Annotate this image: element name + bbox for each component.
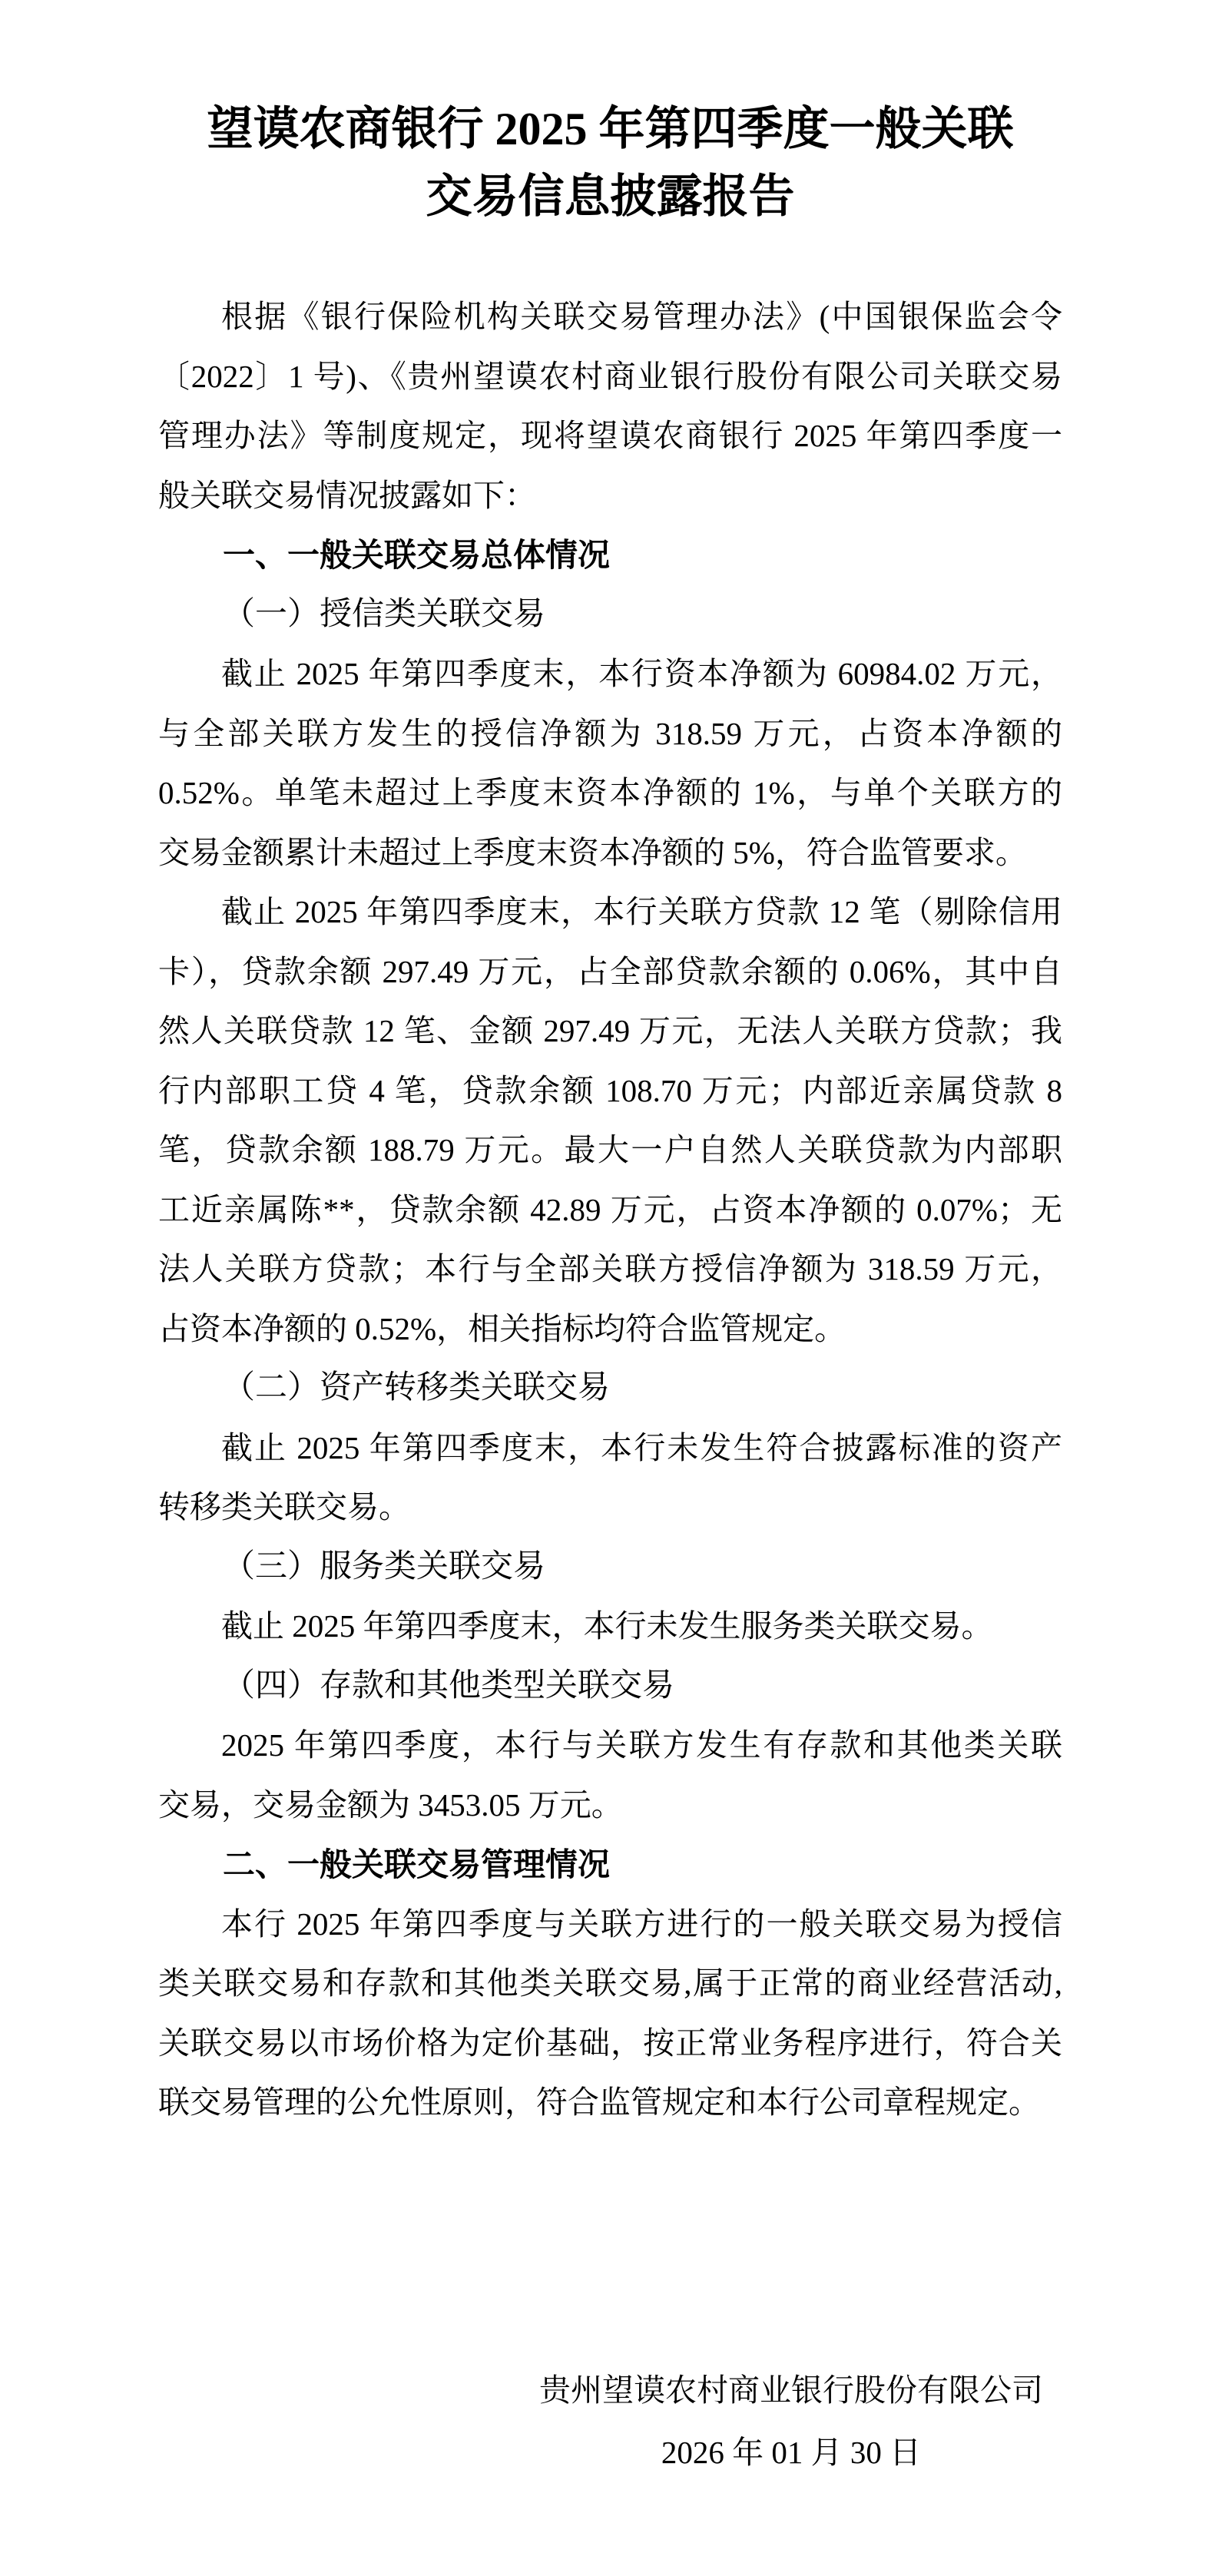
- paragraph-line: 法人关联方贷款；本行与全部关联方授信净额为 318.59 万元，: [158, 1240, 1062, 1300]
- paragraph-line: 卡），贷款余额 297.49 万元，占全部贷款余额的 0.06%，其中自: [158, 942, 1062, 1002]
- document-page: 望谟农商银行 2025 年第四季度一般关联交易信息披露报告 根据《银行保险机构关…: [0, 0, 1219, 2576]
- paragraph-line: 然人关联贷款 12 笔、金额 297.49 万元，无法人关联方贷款；我: [158, 1002, 1062, 1061]
- title-line: 交易信息披露报告: [158, 163, 1062, 230]
- section-heading: 二、一般关联交易管理情况: [158, 1835, 1062, 1895]
- paragraph: 截止 2025 年第四季度末，本行关联方贷款 12 笔（剔除信用卡），贷款余额 …: [158, 882, 1062, 1359]
- paragraph-line: 2025 年第四季度，本行与关联方发生有存款和其他类关联: [158, 1716, 1062, 1776]
- paragraph: 本行 2025 年第四季度与关联方进行的一般关联交易为授信类关联交易和存款和其他…: [158, 1895, 1062, 2133]
- paragraph-line: 般关联交易情况披露如下：: [158, 466, 1062, 526]
- paragraph-line: 本行 2025 年第四季度与关联方进行的一般关联交易为授信: [158, 1895, 1062, 1955]
- paragraph-line: 占资本净额的 0.52%，相关指标均符合监管规定。: [158, 1300, 1062, 1359]
- title-line: 望谟农商银行 2025 年第四季度一般关联: [158, 95, 1062, 163]
- paragraph: 截止 2025 年第四季度末，本行未发生服务类关联交易。: [158, 1597, 1062, 1657]
- paragraph-line: 0.52%。单笔未超过上季度末资本净额的 1%，与单个关联方的: [158, 763, 1062, 823]
- subsection-heading: （四）存款和其他类型关联交易: [158, 1657, 1062, 1717]
- paragraph-line: 联交易管理的公允性原则，符合监管规定和本行公司章程规定。: [158, 2073, 1062, 2133]
- paragraph-line: 类关联交易和存款和其他类关联交易,属于正常的商业经营活动,: [158, 1954, 1062, 2014]
- paragraph-line: 〔2022〕1 号)、《贵州望谟农村商业银行股份有限公司关联交易: [158, 347, 1062, 407]
- signature-company: 贵州望谟农村商业银行股份有限公司: [539, 2359, 1043, 2422]
- paragraph: 根据《银行保险机构关联交易管理办法》(中国银保监会令〔2022〕1 号)、《贵州…: [158, 287, 1062, 525]
- paragraph-line: 截止 2025 年第四季度末，本行未发生服务类关联交易。: [158, 1597, 1062, 1657]
- subsection-heading: （三）服务类关联交易: [158, 1538, 1062, 1598]
- paragraph-line: 转移类关联交易。: [158, 1478, 1062, 1538]
- signature-block: 贵州望谟农村商业银行股份有限公司 2026 年 01 月 30 日: [539, 2359, 1043, 2484]
- paragraph-line: 交易，交易金额为 3453.05 万元。: [158, 1776, 1062, 1836]
- paragraph: 截止 2025 年第四季度末，本行资本净额为 60984.02 万元，与全部关联…: [158, 644, 1062, 882]
- paragraph-line: 截止 2025 年第四季度末，本行未发生符合披露标准的资产: [158, 1419, 1062, 1478]
- paragraph-line: 截止 2025 年第四季度末，本行资本净额为 60984.02 万元，: [158, 644, 1062, 704]
- paragraph-line: 截止 2025 年第四季度末，本行关联方贷款 12 笔（剔除信用: [158, 882, 1062, 942]
- paragraph-line: 管理办法》等制度规定，现将望谟农商银行 2025 年第四季度一: [158, 406, 1062, 466]
- paragraph-line: 工近亲属陈**，贷款余额 42.89 万元，占资本净额的 0.07%；无: [158, 1180, 1062, 1240]
- subsection-heading: （一）授信类关联交易: [158, 585, 1062, 645]
- signature-date: 2026 年 01 月 30 日: [539, 2422, 1043, 2484]
- paragraph: 2025 年第四季度，本行与关联方发生有存款和其他类关联交易，交易金额为 345…: [158, 1716, 1062, 1835]
- paragraph: 截止 2025 年第四季度末，本行未发生符合披露标准的资产转移类关联交易。: [158, 1419, 1062, 1538]
- document-title: 望谟农商银行 2025 年第四季度一般关联交易信息披露报告: [158, 95, 1062, 230]
- paragraph-line: 行内部职工贷 4 笔，贷款余额 108.70 万元；内部近亲属贷款 8: [158, 1061, 1062, 1121]
- subsection-heading: （二）资产转移类关联交易: [158, 1359, 1062, 1419]
- paragraph-line: 根据《银行保险机构关联交易管理办法》(中国银保监会令: [158, 287, 1062, 347]
- section-heading: 一、一般关联交易总体情况: [158, 525, 1062, 585]
- paragraph-line: 交易金额累计未超过上季度末资本净额的 5%，符合监管要求。: [158, 823, 1062, 883]
- paragraph-line: 与全部关联方发生的授信净额为 318.59 万元，占资本净额的: [158, 704, 1062, 764]
- document-body: 根据《银行保险机构关联交易管理办法》(中国银保监会令〔2022〕1 号)、《贵州…: [158, 287, 1062, 2133]
- paragraph-line: 关联交易以市场价格为定价基础，按正常业务程序进行，符合关: [158, 2014, 1062, 2074]
- paragraph-line: 笔，贷款余额 188.79 万元。最大一户自然人关联贷款为内部职: [158, 1121, 1062, 1180]
